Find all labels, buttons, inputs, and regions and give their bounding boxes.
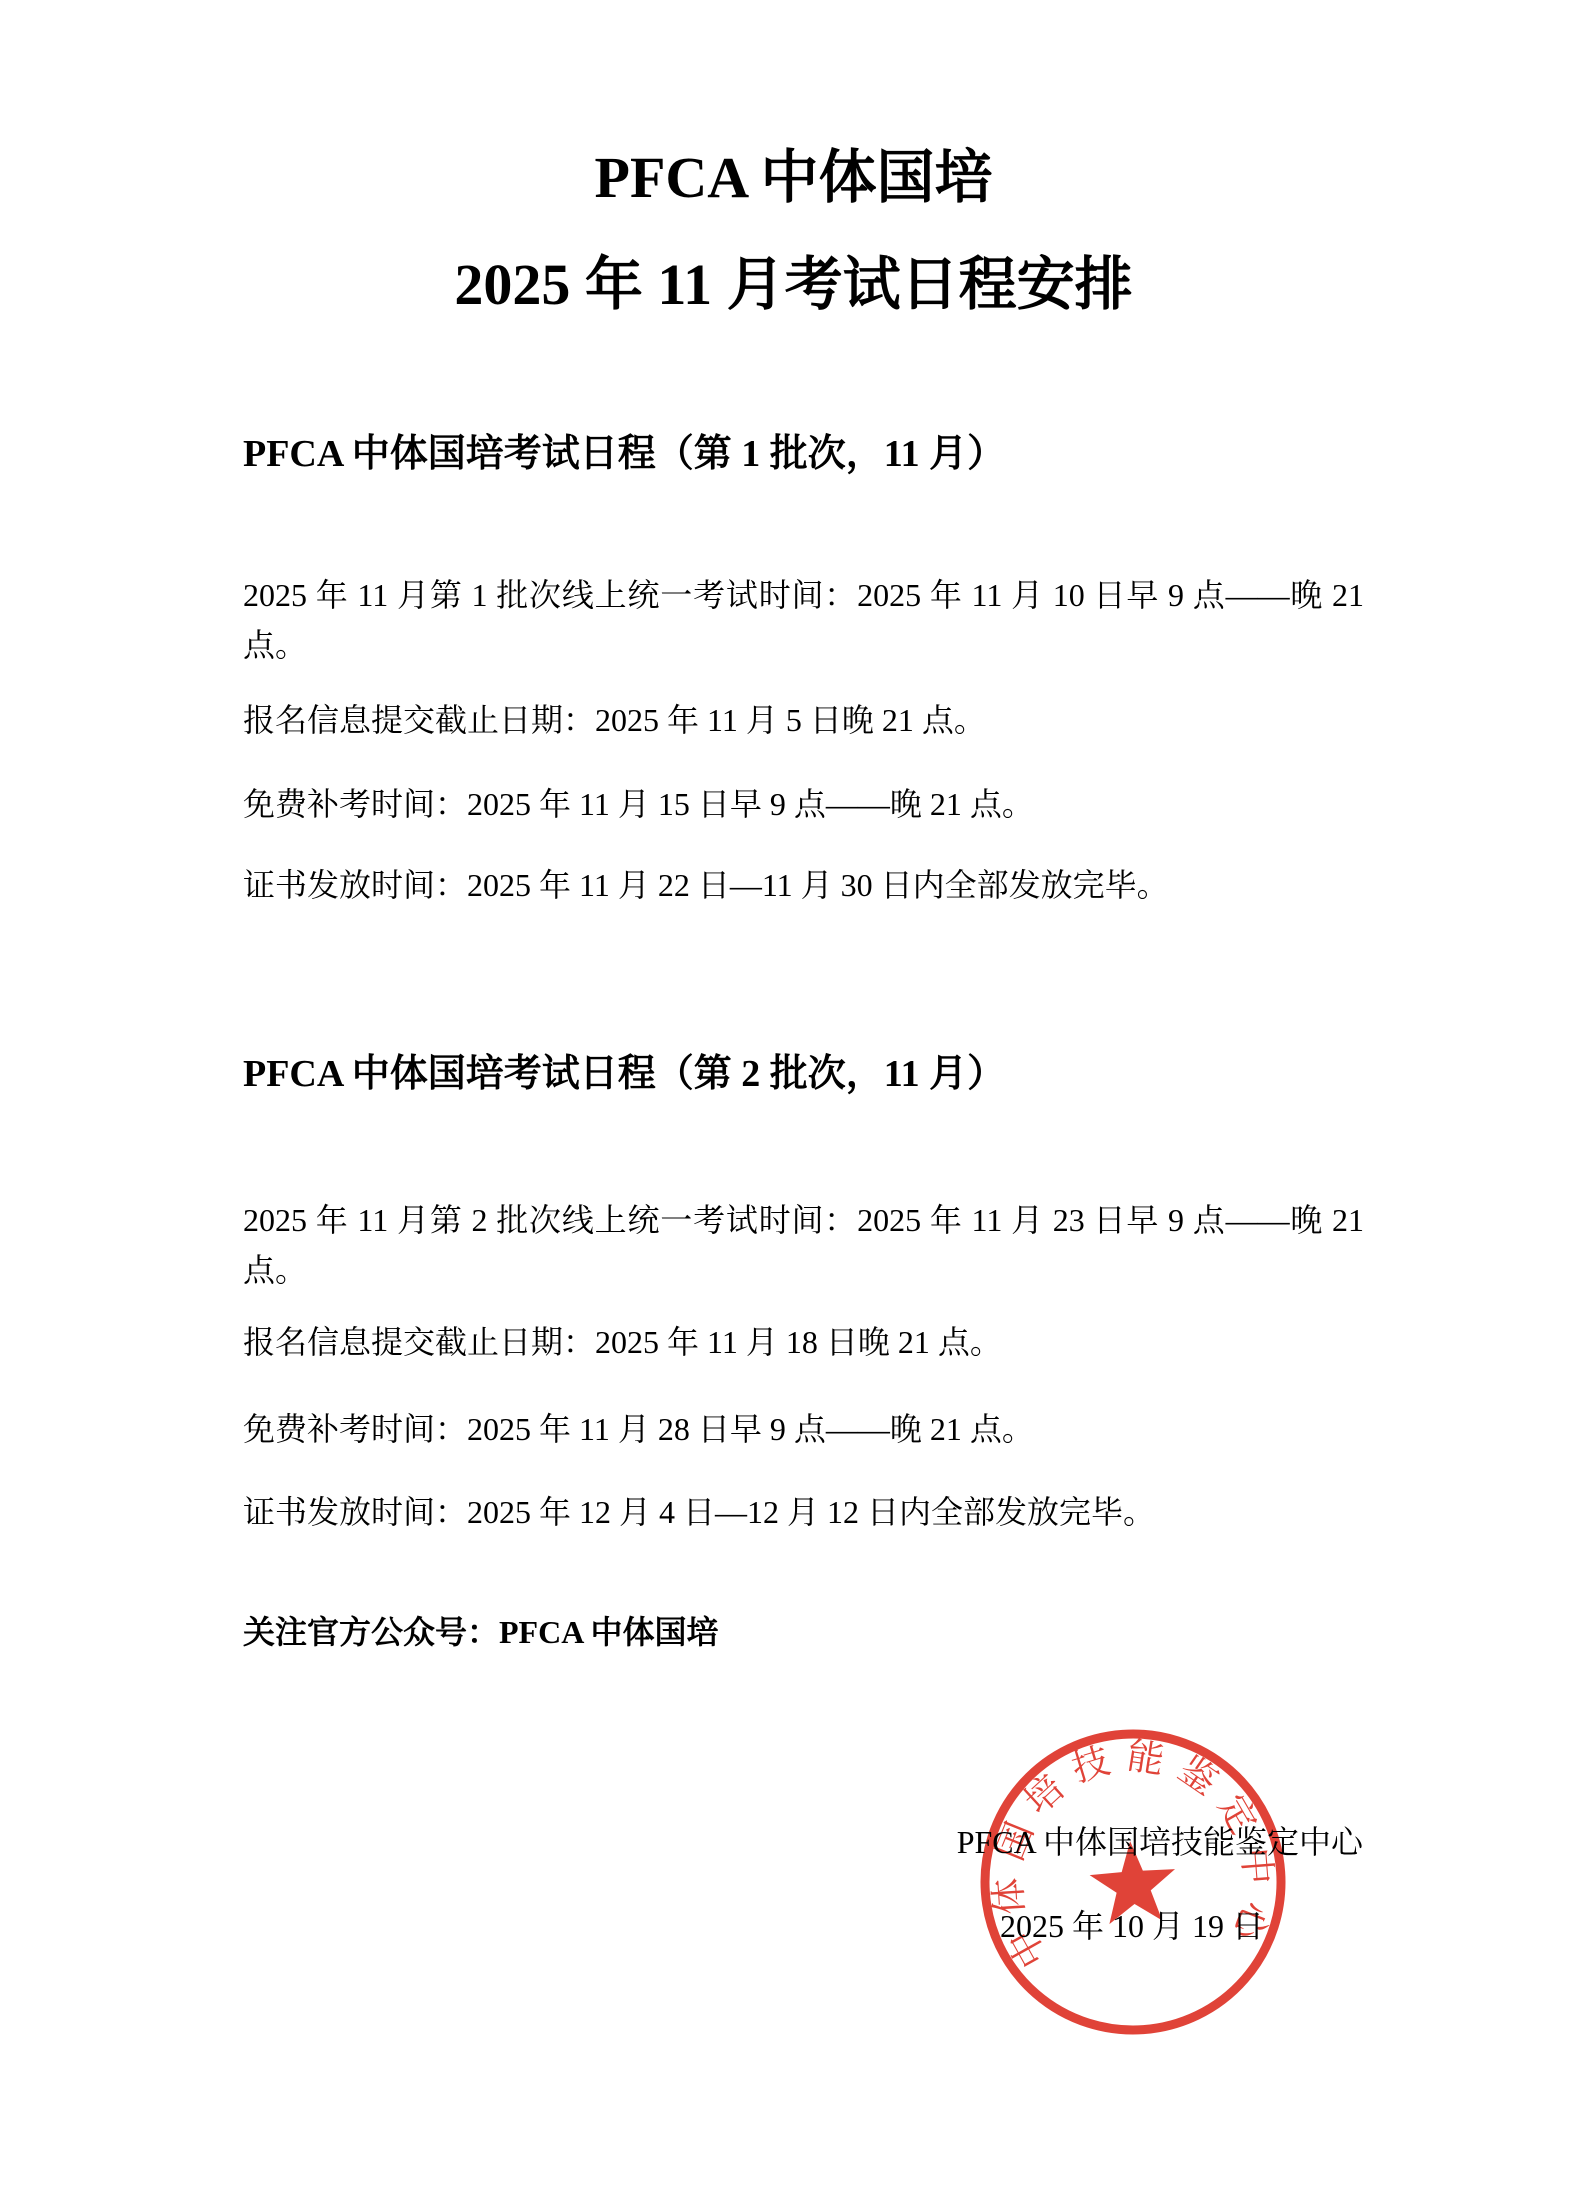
section-2-heading: PFCA 中体国培考试日程（第 2 批次，11 月） <box>243 1052 1364 1098</box>
document-title: PFCA 中体国培 <box>240 143 1347 213</box>
section-2-registration-deadline: 报名信息提交截止日期：2025 年 11 月 18 日晚 21 点。 <box>243 1317 1364 1367</box>
official-seal-stamp-icon: 中体国培技能鉴定中心 <box>962 1711 1304 2053</box>
section-1-makeup-exam-time: 免费补考时间：2025 年 11 月 15 日早 9 点——晚 21 点。 <box>243 779 1364 829</box>
section-1-registration-deadline: 报名信息提交截止日期：2025 年 11 月 5 日晚 21 点。 <box>243 695 1364 745</box>
document-subtitle: 2025 年 11 月考试日程安排 <box>240 250 1347 320</box>
section-1-exam-time: 2025 年 11 月第 1 批次线上统一考试时间：2025 年 11 月 10… <box>243 570 1364 670</box>
section-2-exam-time: 2025 年 11 月第 2 批次线上统一考试时间：2025 年 11 月 23… <box>243 1195 1364 1295</box>
section-1-heading: PFCA 中体国培考试日程（第 1 批次，11 月） <box>243 432 1364 478</box>
section-2-certificate-issue-time: 证书发放时间：2025 年 12 月 4 日—12 月 12 日内全部发放完毕。 <box>243 1487 1364 1537</box>
official-account-note: 关注官方公众号：PFCA 中体国培 <box>243 1607 1364 1657</box>
document-page: PFCA 中体国培 2025 年 11 月考试日程安排 PFCA 中体国培考试日… <box>0 0 1587 2203</box>
section-2-makeup-exam-time: 免费补考时间：2025 年 11 月 28 日早 9 点——晚 21 点。 <box>243 1404 1364 1454</box>
section-1-certificate-issue-time: 证书发放时间：2025 年 11 月 22 日—11 月 30 日内全部发放完毕… <box>243 860 1364 910</box>
signature-organization: PFCA 中体国培技能鉴定中心 <box>957 1820 1363 1864</box>
signature-date: 2025 年 10 月 19 日 <box>1000 1904 1264 1948</box>
